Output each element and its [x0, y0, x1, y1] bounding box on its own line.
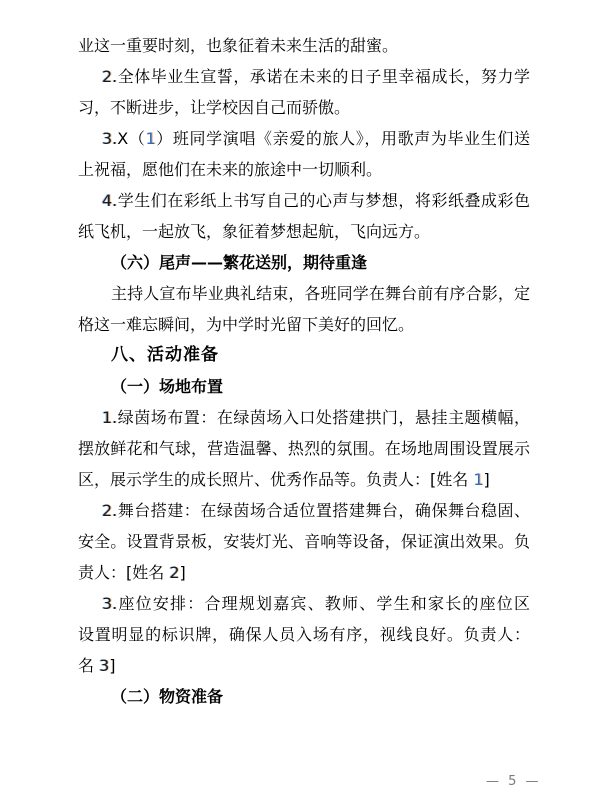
doc-line: 3.X（1）班同学演唱《亲爱的旅人》，用歌声为毕业生们送	[78, 123, 530, 154]
text-run: 全体毕业生宣誓，承诺在未来的日子里幸福成长，努力学	[117, 67, 530, 86]
doc-line: 2.舞台搭建：在绿茵场合适位置搭建舞台，确保舞台稳固、	[78, 495, 530, 526]
digit-run: 2	[169, 563, 179, 582]
text-run: ）班同学演唱《亲爱的旅人》，用歌声为毕业生们送	[156, 129, 530, 148]
subsection-heading: （六）尾声——繁花送别，期待重逢	[78, 247, 530, 278]
doc-line: 责人：[姓名 2]	[78, 557, 530, 588]
text-run: 绿茵场布置：在绿茵场入口处搭建拱门，悬挂主题横幅，	[117, 408, 530, 427]
text-run: X（	[117, 129, 145, 148]
text-run: 格这一难忘瞬间，为中学时光留下美好的回忆。	[78, 315, 414, 334]
digit-run: 3.	[102, 594, 117, 613]
text-run: ]	[109, 656, 115, 675]
subsection-heading: （二）物资准备	[78, 681, 530, 712]
digit-run: 1.	[102, 408, 117, 427]
text-run: 主持人宣布毕业典礼结束，各班同学在舞台前有序合影，定	[111, 284, 530, 303]
text-run: 纸飞机，一起放飞，象征着梦想起航，飞向远方。	[78, 222, 430, 241]
text-run: 责人：[姓名	[78, 563, 169, 582]
text-run: ]	[180, 563, 186, 582]
text-run: 业这一重要时刻，也象征着未来生活的甜蜜。	[78, 36, 398, 55]
doc-line: 1.绿茵场布置：在绿茵场入口处搭建拱门，悬挂主题横幅，	[78, 402, 530, 433]
document-page: 业这一重要时刻，也象征着未来生活的甜蜜。2.全体毕业生宣誓，承诺在未来的日子里幸…	[0, 0, 613, 812]
digit-run: 2.	[102, 501, 117, 520]
text-run: （二）物资准备	[111, 687, 223, 706]
text-run: 摆放鲜花和气球，营造温馨、热烈的氛围。在场地周围设置展示	[78, 439, 530, 458]
text-run: （一）场地布置	[111, 377, 223, 396]
highlighted-digit: 1	[145, 129, 155, 148]
text-run: 安全。设置背景板，安装灯光、音响等设备，保证演出效果。负	[78, 532, 530, 551]
doc-line: 3.座位安排：合理规划嘉宾、教师、学生和家长的座位区域，	[78, 588, 530, 619]
doc-line: 设置明显的标识牌，确保人员入场有序，视线良好。负责人：[姓	[78, 619, 530, 650]
text-run: 设置明显的标识牌，确保人员入场有序，视线良好。负责人：[姓	[78, 625, 530, 650]
digit-run: 4.	[102, 191, 117, 210]
text-run: ]	[484, 470, 490, 489]
doc-line: 业这一重要时刻，也象征着未来生活的甜蜜。	[78, 30, 530, 61]
text-run: 区，展示学生的成长照片、优秀作品等。负责人：[姓名	[78, 470, 473, 489]
document-body: 业这一重要时刻，也象征着未来生活的甜蜜。2.全体毕业生宣誓，承诺在未来的日子里幸…	[78, 30, 530, 712]
doc-line: 习，不断进步，让学校因自己而骄傲。	[78, 92, 530, 123]
text-run: 舞台搭建：在绿茵场合适位置搭建舞台，确保舞台稳固、	[117, 501, 530, 520]
text-run: 名	[78, 656, 99, 675]
doc-line: 摆放鲜花和气球，营造温馨、热烈的氛围。在场地周围设置展示	[78, 433, 530, 464]
text-run: 上祝福，愿他们在未来的旅途中一切顺利。	[78, 160, 382, 179]
highlighted-digit: 1	[473, 470, 483, 489]
doc-line: 上祝福，愿他们在未来的旅途中一切顺利。	[78, 154, 530, 185]
subsection-heading: （一）场地布置	[78, 371, 530, 402]
text-run: 八、活动准备	[111, 345, 219, 365]
doc-line: 区，展示学生的成长照片、优秀作品等。负责人：[姓名 1]	[78, 464, 530, 495]
text-run: 习，不断进步，让学校因自己而骄傲。	[78, 98, 350, 117]
digit-run: 2.	[102, 67, 117, 86]
doc-line: 2.全体毕业生宣誓，承诺在未来的日子里幸福成长，努力学	[78, 61, 530, 92]
page-number: — 5 —	[486, 774, 540, 790]
doc-line: 主持人宣布毕业典礼结束，各班同学在舞台前有序合影，定	[78, 278, 530, 309]
digit-run: 3.	[102, 129, 117, 148]
digit-run: 3	[99, 656, 109, 675]
text-run: 学生们在彩纸上书写自己的心声与梦想，将彩纸叠成彩色	[117, 191, 530, 210]
doc-line: 格这一难忘瞬间，为中学时光留下美好的回忆。	[78, 309, 530, 340]
text-run: 座位安排：合理规划嘉宾、教师、学生和家长的座位区域，	[78, 594, 530, 619]
doc-line: 安全。设置背景板，安装灯光、音响等设备，保证演出效果。负	[78, 526, 530, 557]
doc-line: 纸飞机，一起放飞，象征着梦想起航，飞向远方。	[78, 216, 530, 247]
section-heading: 八、活动准备	[78, 340, 530, 371]
text-run: （六）尾声——繁花送别，期待重逢	[111, 253, 367, 272]
doc-line: 名 3]	[78, 650, 530, 681]
doc-line: 4.学生们在彩纸上书写自己的心声与梦想，将彩纸叠成彩色	[78, 185, 530, 216]
